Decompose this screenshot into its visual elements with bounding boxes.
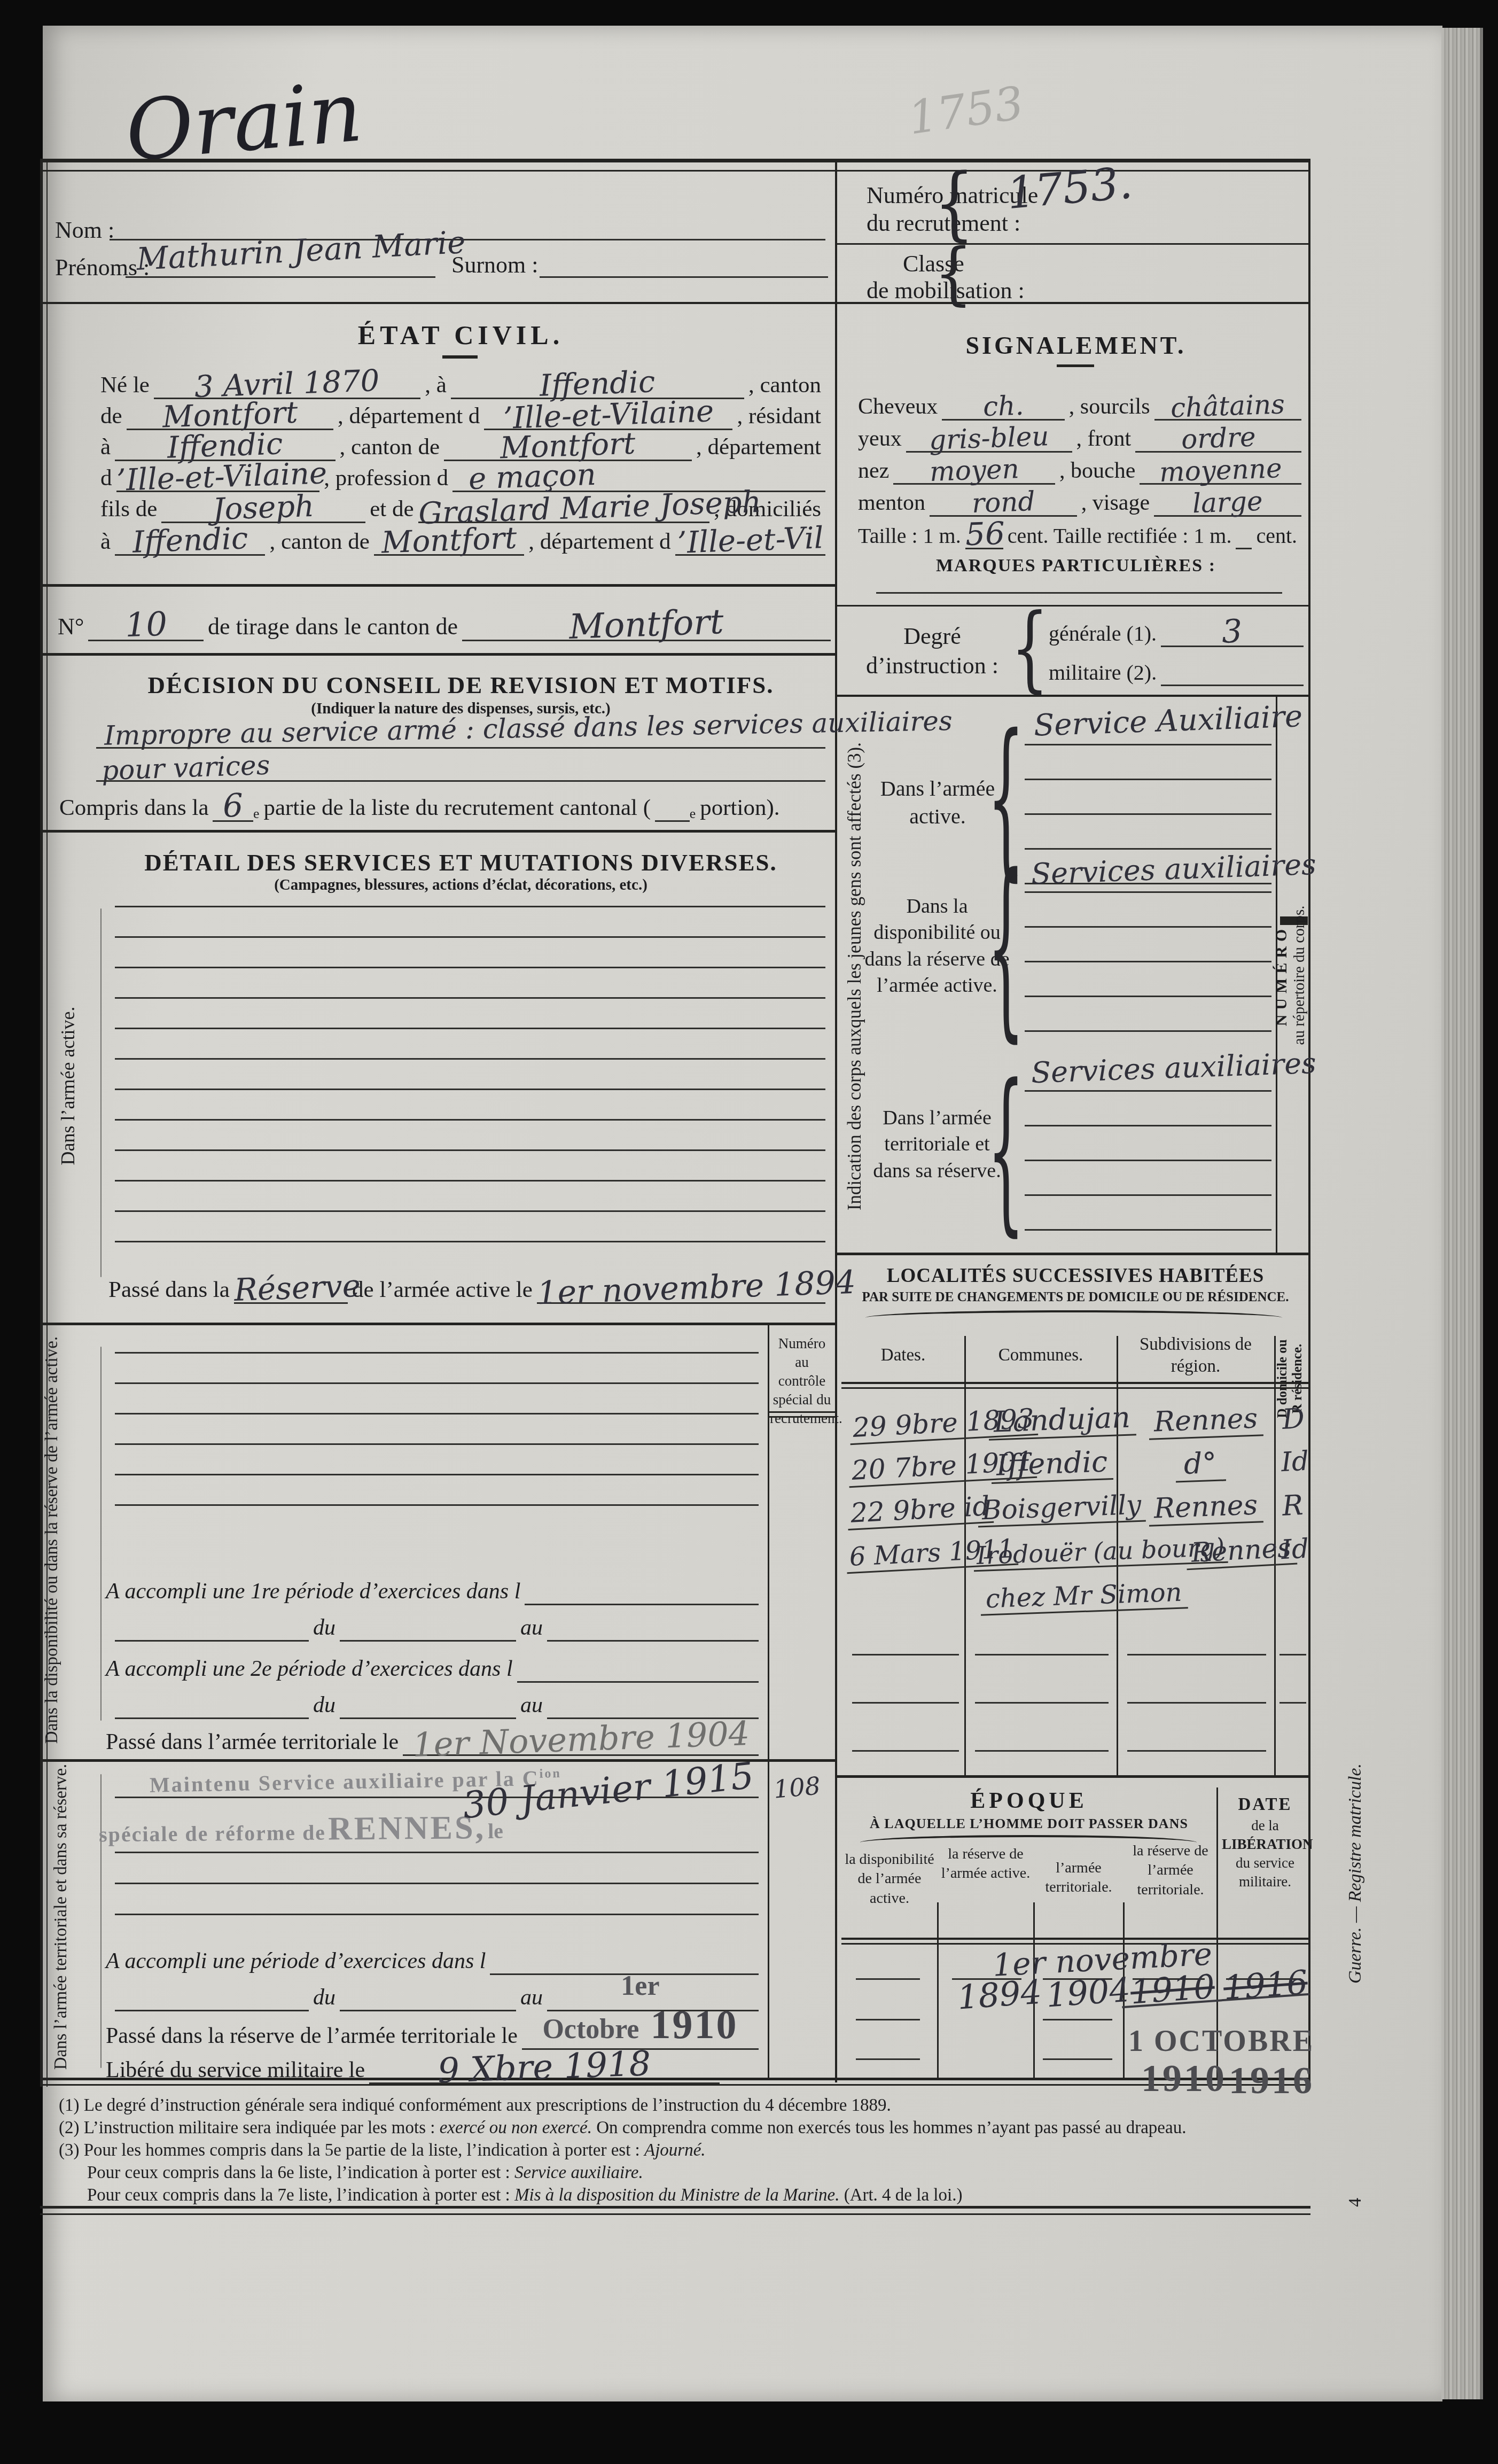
epoque-1894: 1894: [956, 1976, 1043, 2015]
sup-e: e: [253, 806, 259, 822]
svc-line-10: [115, 1180, 825, 1182]
ep-dash-3c: [1043, 2058, 1112, 2060]
ec-row-3: àIffendic, canton deMontfort, départemen…: [96, 432, 825, 461]
localites-title: LOCALITÉS SUCCESSIVES HABITÉES: [841, 1264, 1309, 1287]
services-title: DÉTAIL DES SERVICES ET MUTATIONS DIVERSE…: [96, 849, 825, 876]
ctrl-col-line: [768, 1325, 769, 2078]
loc-empty-2d: [1279, 1702, 1306, 1704]
degre-label-2: d’instruction :: [849, 652, 1015, 679]
localites-subtitle: PAR SUITE DE CHANGEMENTS DE DOMICILE OU …: [841, 1290, 1309, 1305]
marques-line: [876, 592, 1282, 594]
dispo-line-1: [115, 1352, 759, 1354]
loc-empty-1d: [1279, 1654, 1306, 1655]
loc-hdr-dbl-2: [841, 1387, 1309, 1389]
periode2-row: A accompli une 2e période d’exercices da…: [102, 1653, 759, 1683]
svc-line-7: [115, 1089, 825, 1090]
side-label-territoriale: Dans l’armée territoriale et dans sa rés…: [51, 1751, 75, 2082]
sig-row-1: Cheveuxch., sourcilschâtains: [854, 392, 1301, 421]
matricule-brace: {: [934, 164, 974, 244]
surnom-label: Surnom :: [451, 251, 539, 278]
epoque-date-header: DATE de la LIBÉRATION du service militai…: [1222, 1793, 1308, 1891]
side-label-armee-active: Dans l’armée active.: [57, 926, 80, 1246]
footnote-5: Pour ceux compris dans la 7e liste, l’in…: [87, 2186, 1305, 2205]
degre-brace: {: [1011, 602, 1049, 695]
services-subtitle: (Campagnes, blessures, actions d’éclat, …: [96, 876, 825, 894]
loc-r3-dr: R: [1282, 1491, 1304, 1520]
matricule-value: 1753.: [1005, 161, 1134, 216]
section1-gutter: [100, 908, 102, 1277]
dispo-line-3: [115, 1413, 759, 1414]
svc-line-2: [115, 936, 825, 938]
rule-right-1: [836, 605, 1309, 607]
g3-line-4: [1025, 1194, 1271, 1196]
ec-row-1: Né le3 Avril 1870, àIffendic, canton: [96, 370, 825, 399]
g3-line-1: [1025, 1090, 1271, 1092]
g1-line-1: [1025, 744, 1271, 745]
footnote-rule-2: [40, 2213, 1310, 2215]
loc-r1-commune: Landujan: [988, 1403, 1136, 1441]
nez-value: moyen: [929, 455, 1019, 485]
passe-reserve-date: 1er novembre 1894: [536, 1266, 856, 1310]
loc-empty-1a: [852, 1654, 959, 1655]
loc-empty-2a: [852, 1702, 959, 1704]
stamp-1-octobre: 1 OCTOBRE: [1128, 2024, 1314, 2058]
terr-line-4: [115, 1914, 759, 1915]
footnote-1: (1) Le degré d’instruction générale sera…: [59, 2096, 1304, 2116]
father-name: Joseph: [213, 492, 315, 525]
dispo-line-6: [115, 1504, 759, 1506]
epoque-col-4: la réserve de l’armée territoriale.: [1126, 1841, 1215, 1900]
menton-value: rond: [971, 488, 1035, 517]
corps-g2-brace: {: [987, 850, 1025, 1044]
book-fore-edge: [1441, 28, 1483, 2399]
ec-row-2: deMontfort, département d’Ille-et-Vilain…: [96, 401, 825, 430]
yeux-value: gris-bleu: [929, 423, 1049, 454]
svc-line-4: [115, 997, 825, 999]
col-communes: Communes.: [966, 1346, 1115, 1365]
loc-empty-2b: [975, 1702, 1109, 1704]
frame-bottom-2: [40, 2084, 1310, 2086]
ctrl-header: Numéro au contrôle spécial du recrutemen…: [770, 1334, 834, 1428]
signalement-title: SIGNALEMENT.: [841, 331, 1310, 360]
taille-value: 56: [965, 518, 1005, 550]
degre-label-1: Degré: [865, 623, 999, 650]
ec-row-5: fils deJosephet deGraslard Marie Joseph,…: [96, 494, 825, 523]
g2-line-4: [1025, 996, 1271, 997]
frame-left-inner: [46, 159, 48, 2087]
numero-repertoire-label: NUMÉRO au répertoire du corps.: [1273, 713, 1313, 1237]
passe-reserve-row: Passé dans laRéservede l’armée active le…: [104, 1271, 825, 1304]
corps-g1-label: Dans l’armée active.: [876, 775, 999, 830]
periode2-du-au: duau: [115, 1691, 759, 1719]
svc-line-5: [115, 1028, 825, 1029]
g3-line-5: [1025, 1229, 1271, 1231]
svc-line-3: [115, 967, 825, 968]
prenoms-line: [126, 276, 435, 278]
dispo-line-2: [115, 1382, 759, 1384]
rule-right-2: [836, 695, 1309, 697]
svc-line-1: [115, 906, 825, 907]
epoque-col-2: la réserve de l’armée active.: [940, 1845, 1031, 1884]
loc-r2-dr: Id: [1281, 1448, 1309, 1476]
domicile-departement: ’Ille-et-Vil: [677, 523, 824, 558]
passe-reserve-terr-row: Passé dans la réserve de l’armée territo…: [102, 2018, 759, 2050]
surname-script: Orain: [122, 70, 365, 173]
visage-value: large: [1192, 488, 1263, 517]
sig-row-3: nezmoyen, bouchemoyenne: [854, 456, 1301, 485]
decision-text-2: pour varices: [101, 752, 270, 784]
compris-row: Compris dans la6e partie de la liste du …: [55, 791, 824, 822]
epoque-subtitle: À LAQUELLE L’HOMME DOIT PASSER DANS: [843, 1816, 1215, 1832]
corps-g3-label: Dans l’armée territoriale et dans sa rés…: [870, 1105, 1004, 1184]
sourcils-value: châtains: [1171, 391, 1285, 421]
g1-line-2: [1025, 779, 1271, 780]
passe-reserve-word: Réserve: [233, 1270, 361, 1305]
svc-line-11: [115, 1210, 825, 1212]
frame-left: [40, 159, 42, 2087]
loc-r1-dr: D: [1282, 1405, 1305, 1434]
epoque-col-3: l’armée territoriale.: [1036, 1859, 1121, 1898]
degre-militaire-row: militaire (2).: [1044, 656, 1304, 686]
loc-empty-3b: [975, 1750, 1109, 1752]
dispo-line-5: [115, 1474, 759, 1475]
passe-territoriale-date: 1er Novembre 1904: [412, 1717, 750, 1762]
epoque-col-1: la disponibilité de l’armée active.: [844, 1850, 935, 1908]
taille-row: Taille : 1 m.56cent. Taille rectifiée : …: [854, 519, 1301, 549]
loc-empty-1c: [1127, 1654, 1266, 1655]
degre-generale-row: générale (1).3: [1044, 617, 1304, 647]
g1-line-3: [1025, 813, 1271, 815]
etat-civil-title: ÉTAT CIVIL.: [96, 320, 825, 351]
signalement-dash: [1057, 364, 1094, 367]
ep-dash-1b: [856, 2019, 920, 2020]
g2-line-2: [1025, 926, 1271, 928]
ep-hdr-dbl-1: [841, 1938, 1309, 1940]
stamp-1910: 1910: [1141, 2056, 1227, 2101]
etat-civil-dash: [442, 355, 478, 359]
ep-v1: [937, 1902, 939, 2078]
rule-left-4: [40, 1323, 836, 1325]
tirage-canton: Montfort: [568, 605, 724, 644]
rule-left-3: [40, 830, 836, 833]
sup-e-2: e: [690, 806, 696, 822]
loc-r3-commune: Boisgervilly: [977, 1491, 1146, 1528]
front-value: ordre: [1181, 424, 1256, 453]
epoque-title: ÉPOQUE: [843, 1788, 1215, 1814]
ep-dash-1a: [856, 1978, 920, 1980]
stamp-1910-left: 1910: [650, 2002, 738, 2047]
loc-r2-subdiv: d°: [1175, 1448, 1226, 1482]
rule-left-2: [40, 653, 836, 656]
passe-territoriale-row: Passé dans l’armée territoriale le1er No…: [102, 1724, 759, 1756]
periode1-du-au: duau: [115, 1614, 759, 1642]
surnom-line: [540, 276, 828, 278]
libere-row: Libéré du service militaire le9 Xbre 191…: [102, 2052, 759, 2084]
terr-line-3: [115, 1883, 759, 1884]
profession: e maçon: [468, 460, 596, 494]
terr-line-2: [115, 1852, 759, 1853]
note-108: 108: [773, 1773, 821, 1801]
loc-r2-commune: Iffendic: [990, 1447, 1113, 1484]
scanned-register-page: Orain 1753 Nom : Prénoms : Mathurin Jean…: [0, 0, 1498, 2464]
frame-divider: [835, 159, 837, 2082]
stamp-1er-octobre: 1er Octobre: [542, 1971, 659, 2045]
side-label-disponibilite: Dans la disponibilité ou dans la réserve…: [42, 1321, 84, 1759]
loc-r3-subdiv: Rennes: [1148, 1491, 1263, 1526]
ep-dash-3b: [1043, 2019, 1112, 2020]
col-subdivisions: Subdivisions de région.: [1126, 1334, 1265, 1378]
tirage-row: N°10de tirage dans le canton deMontfort: [53, 609, 831, 641]
marques-label: MARQUES PARTICULIÈRES :: [841, 556, 1310, 576]
ctrl-dbl-1: [768, 1411, 835, 1413]
cheveux-value: ch.: [982, 392, 1024, 421]
sig-row-2: yeuxgris-bleu, frontordre: [854, 424, 1301, 453]
nom-label: Nom :: [55, 216, 114, 244]
degre-generale-value: 3: [1222, 615, 1243, 648]
stamp-maintenu-2: spéciale de réforme de RENNES, le: [99, 1809, 503, 1851]
svc-line-12: [115, 1241, 825, 1242]
loc-hdr-dbl-1: [841, 1382, 1309, 1384]
bouche-value: moyenne: [1159, 455, 1282, 486]
loc-empty-3a: [852, 1750, 959, 1752]
rule-header-bottom: [40, 302, 1310, 304]
tirage-number: 10: [124, 608, 168, 642]
margin-imprint: 4 Guerre. — Registre matricule.: [1345, 1763, 1367, 2207]
loc-r1-subdiv: Rennes: [1148, 1404, 1263, 1440]
rule-left-1: [40, 584, 836, 587]
rule-right-3: [836, 1253, 1309, 1255]
decision-line-1: [96, 747, 825, 749]
footnote-4: Pour ceux compris dans la 6e liste, l’in…: [87, 2163, 1305, 2183]
libere-date: 9 Xbre 1918: [438, 2047, 652, 2088]
footnote-3: (3) Pour les hommes compris dans la 5e p…: [59, 2141, 1304, 2160]
stamp-rennes: RENNES,: [328, 1809, 486, 1847]
loc-empty-3c: [1127, 1750, 1266, 1752]
col-dates: Dates.: [843, 1346, 963, 1365]
domicile-place: Iffendic: [132, 524, 248, 558]
background-shadow: [1480, 0, 1498, 2464]
g2-line-5: [1025, 1030, 1271, 1032]
g3-line-3: [1025, 1160, 1271, 1161]
g3-line-2: [1025, 1125, 1271, 1126]
ctrl-dbl-2: [768, 1416, 835, 1418]
corps-g3-brace: {: [987, 1061, 1025, 1238]
ec-row-6: àIffendic, canton deMontfort, départemen…: [96, 527, 825, 556]
rule-right-4: [836, 1775, 1309, 1778]
classe-brace: {: [934, 240, 973, 308]
ep-dash-1c: [856, 2058, 920, 2060]
g2-line-1: [1025, 891, 1271, 893]
liste-number: 6: [222, 789, 244, 822]
svc-line-6: [115, 1058, 825, 1060]
dispo-line-4: [115, 1443, 759, 1445]
domicile-canton: Montfort: [381, 524, 517, 558]
loc-empty-2c: [1127, 1702, 1266, 1704]
periode1-row: A accompli une 1re période d’exercices d…: [102, 1575, 759, 1605]
footnote-2: (2) L’instruction militaire sera indiqué…: [59, 2118, 1304, 2138]
g2-line-3: [1025, 961, 1271, 962]
decision-line-2: [96, 780, 825, 782]
rule-matricule-row: [836, 243, 1310, 245]
footnote-rule-1: [40, 2206, 1310, 2209]
epoque-1904: 1904: [1045, 1973, 1132, 2012]
g1-line-4: [1025, 848, 1271, 850]
svc-line-9: [115, 1149, 825, 1151]
sig-row-4: mentonrond, visagelarge: [854, 488, 1301, 517]
loc-r4-dr: Id: [1281, 1535, 1309, 1564]
decision-title: DÉCISION DU CONSEIL DE REVISION ET MOTIF…: [96, 671, 825, 699]
svc-line-8: [115, 1119, 825, 1121]
corps-g1-value: Service Auxiliaire: [1033, 702, 1303, 741]
loc-empty-1b: [975, 1654, 1109, 1655]
